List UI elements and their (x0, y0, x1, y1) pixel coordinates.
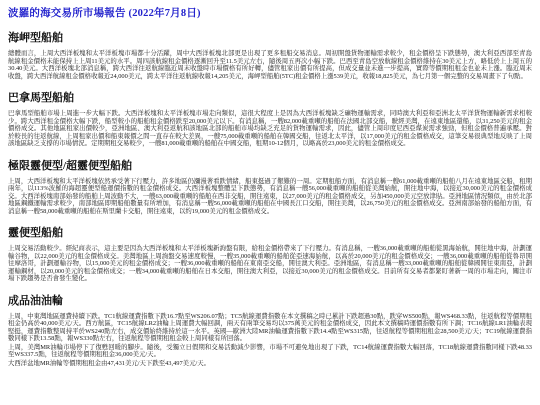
section-heading-product-tankers: 成品油油輪 (8, 295, 532, 308)
section-heading-handysize: 靈便型船舶 (8, 227, 532, 240)
section-handysize: 靈便型船舶 上周交易活動較少。經紀商表示，這主要是因為大西洋板塊和太平洋板塊新詢… (8, 227, 532, 283)
product-tankers-paragraph-meg-west: 上周，中東灣地區運費持續下跌。TC1航線運費指數下跌16.7點至WS206.07… (8, 313, 532, 343)
panamax-paragraph: 巴拿馬型船舶市場上周進一步大幅下跌。大西洋板塊和太平洋板塊市場走向類似，這很大程… (8, 110, 532, 148)
product-tankers-paragraph-atlantic-basin: 大西洋盆地MR油輪等價期租租金由47,431美元/天下跌至43,497美元/天。 (8, 360, 532, 368)
section-product-tankers: 成品油油輪 上周，中東灣地區運費持續下跌。TC1航線運費指數下跌16.7點至WS… (8, 295, 532, 368)
product-tankers-paragraph-usg: 上周，美灣MR油輪市場停下了復甦回暖的腳步。隨後，受獨立日假期和交易活動減少影響… (8, 344, 532, 359)
section-heading-ultramax-supramax: 極限靈便型/超靈便型船舶 (8, 160, 532, 173)
ultramax-supramax-paragraph: 上周，大西洋板塊和太平洋板塊依然承受著下行壓力，許多地區仍瀰漫著看跌情緒，船東挺… (8, 178, 532, 216)
section-panamax: 巴拿馬型船舶 巴拿馬型船舶市場上周進一步大幅下跌。大西洋板塊和太平洋板塊市場走向… (8, 92, 532, 148)
capesize-paragraph: 總體而言，上周大西洋板塊和太平洋板塊市場都十分活躍，周中大西洋板塊北部更是出現了… (8, 50, 532, 80)
section-heading-panamax: 巴拿馬型船舶 (8, 92, 532, 105)
report-page: { "document": { "title": "波羅的海交易所市場報告 (2… (0, 0, 540, 405)
section-ultramax-supramax: 極限靈便型/超靈便型船舶 上周，大西洋板塊和太平洋板塊依然承受著下行壓力，許多地… (8, 160, 532, 216)
report-title: 波羅的海交易所市場報告 (2022年7月8日) (8, 7, 532, 20)
handysize-paragraph: 上周交易活動較少。經紀商表示，這主要是因為大西洋板塊和太平洋板塊新詢盤有限，給租… (8, 245, 532, 283)
section-heading-capesize: 海岬型船舶 (8, 32, 532, 45)
section-capesize: 海岬型船舶 總體而言，上周大西洋板塊和太平洋板塊市場都十分活躍，周中大西洋板塊北… (8, 32, 532, 80)
